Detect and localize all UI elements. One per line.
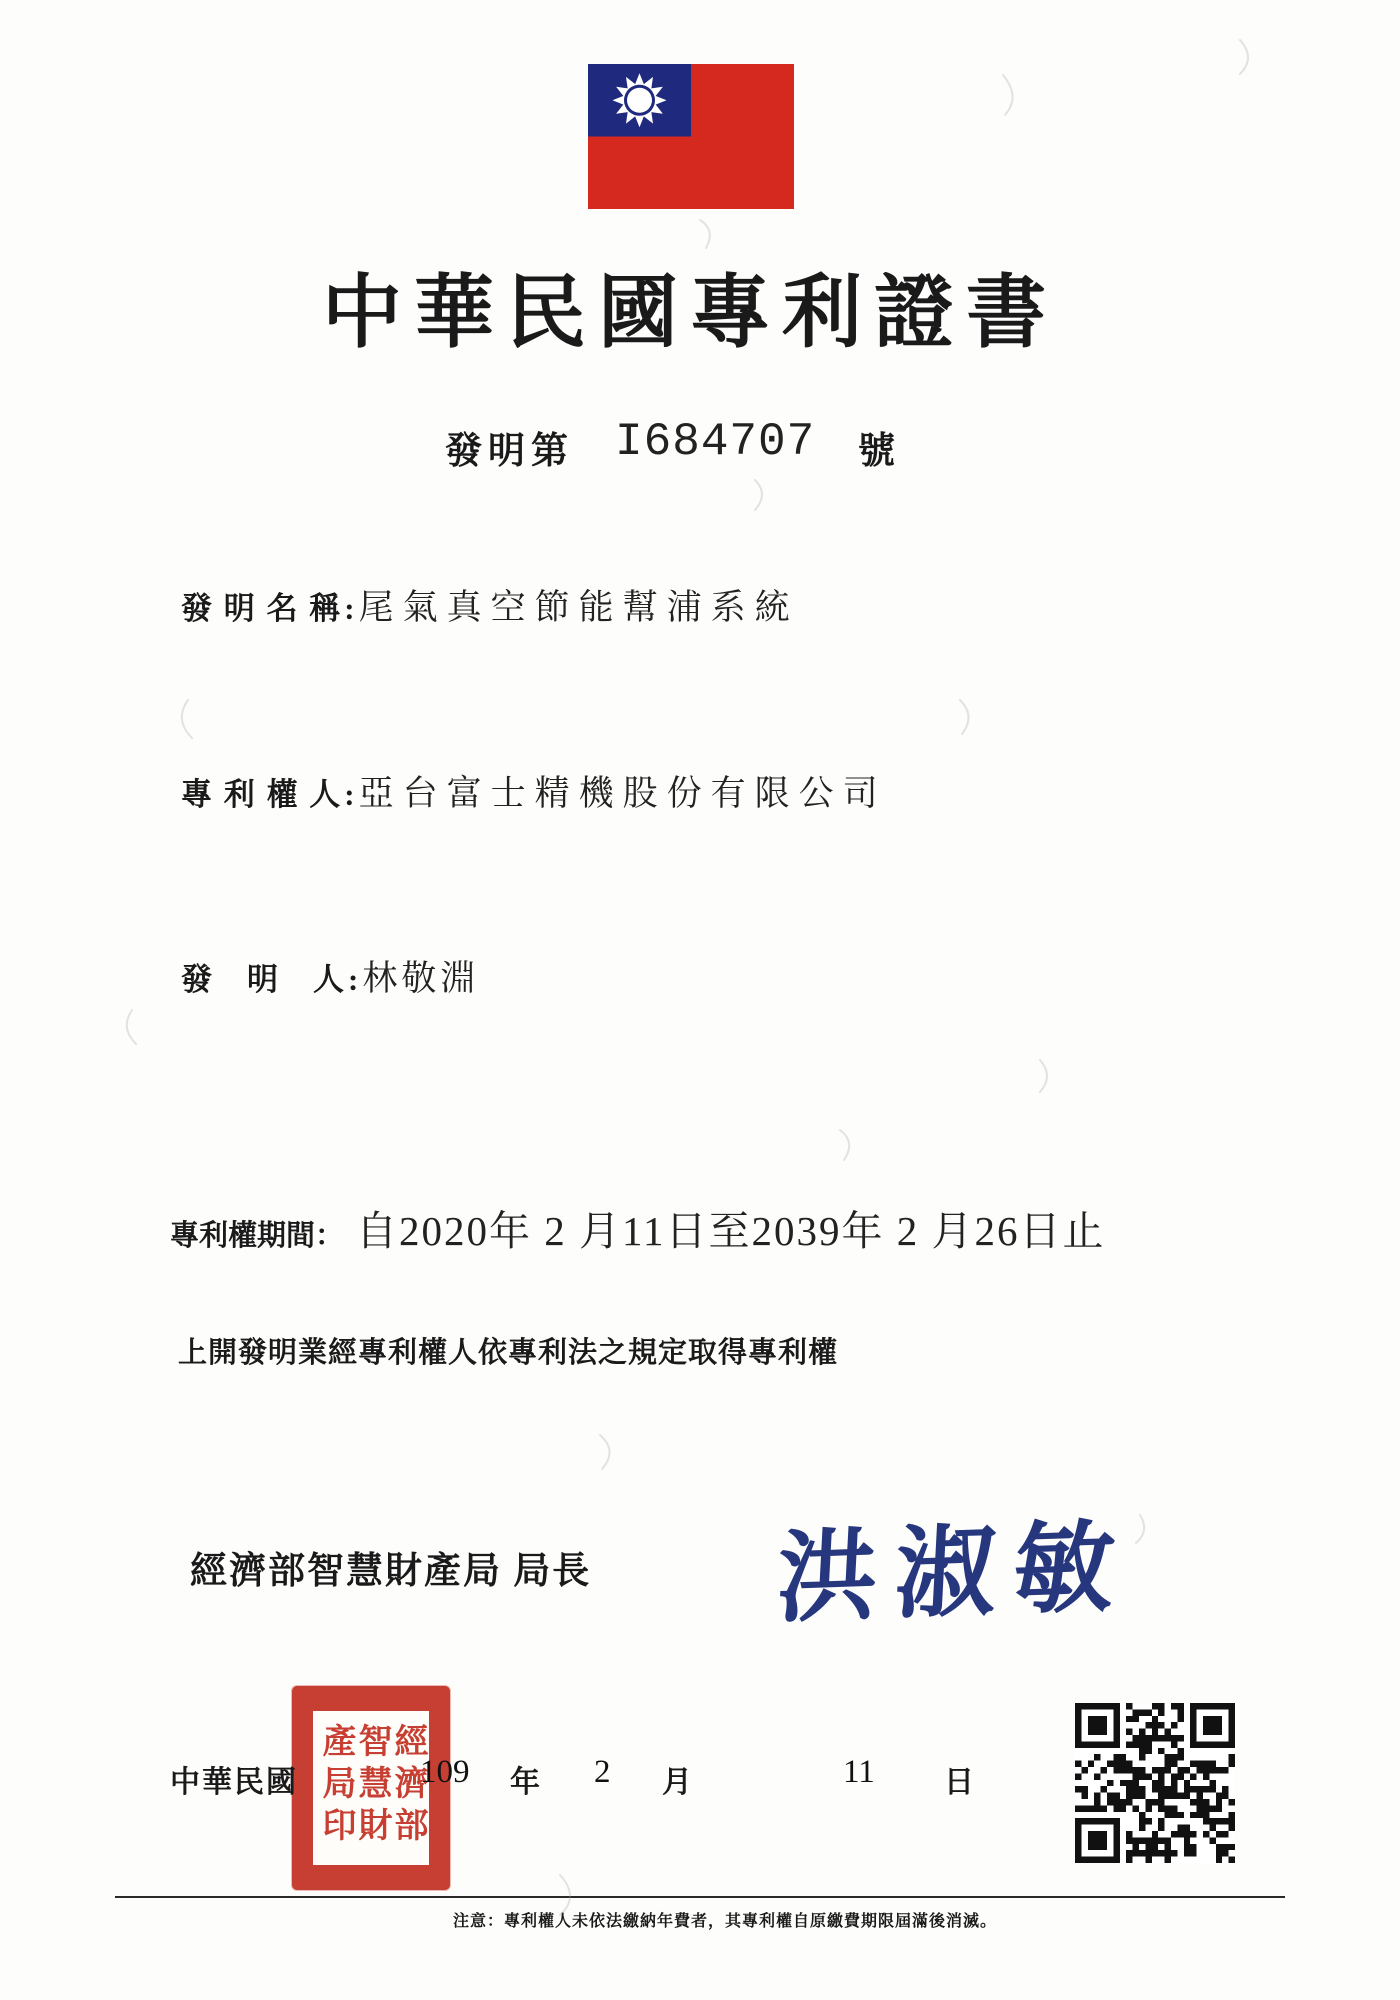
- field-patent-term: 專利權期間： 自2020年 2 月11日至2039年 2 月26日止: [170, 1198, 1106, 1257]
- patent-number-value: I684707: [615, 416, 815, 468]
- certificate-title: 中華民國專利證書: [0, 248, 1390, 363]
- seal-text: 經濟部智慧財產局印: [313, 1711, 429, 1865]
- date-day: 11: [843, 1754, 875, 1791]
- field-inventor: 發 明 人: 林敬淵: [181, 951, 479, 1001]
- certificate-page: 中華民國專利證書 發明第 I684707 號 發 明 名 稱: 尾氣真空節能幫浦…: [0, 0, 1400, 2000]
- patentee-value: 亞台富士精機股份有限公司: [359, 766, 887, 816]
- patent-term-label: 專利權期間：: [170, 1213, 344, 1254]
- field-invention-name: 發 明 名 稱: 尾氣真空節能幫浦系統: [181, 580, 799, 630]
- patentee-label: 專 利 權 人: [181, 769, 342, 814]
- director-general-signature: 洪淑敏: [774, 1486, 1136, 1642]
- patent-number-prefix: 發明第: [445, 420, 574, 474]
- qr-code: [1075, 1703, 1235, 1863]
- invention-name-value: 尾氣真空節能幫浦系統: [359, 580, 799, 630]
- inventor-colon: :: [348, 962, 358, 998]
- date-year-label: 年: [510, 1757, 542, 1801]
- inventor-label: 發 明 人: [181, 954, 346, 999]
- patent-number-line: 發明第 I684707 號: [0, 416, 1400, 466]
- invention-name-label: 發 明 名 稱: [181, 583, 342, 628]
- taiwan-flag: [588, 64, 794, 209]
- date-day-label: 日: [944, 1757, 976, 1801]
- seal-inner-panel: 經濟部智慧財產局印: [313, 1711, 429, 1865]
- patentee-colon: :: [344, 777, 354, 813]
- patent-number-suffix: 號: [858, 420, 895, 474]
- issuer-title: 經濟部智慧財產局 局長: [190, 1540, 591, 1594]
- date-month: 2: [594, 1754, 611, 1791]
- footer-divider: [115, 1896, 1285, 1898]
- footer-note: 注意：專利權人未依法繳納年費者，其專利權自原繳費期限屆滿後消滅。: [25, 1908, 1400, 1931]
- invention-name-colon: :: [344, 591, 354, 627]
- inventor-value: 林敬淵: [362, 951, 479, 1001]
- patent-term-value: 自2020年 2 月11日至2039年 2 月26日止: [356, 1198, 1105, 1257]
- date-era: 中華民國: [170, 1757, 298, 1801]
- date-month-label: 月: [662, 1757, 694, 1801]
- legal-statement: 上開發明業經專利權人依專利法之規定取得專利權: [178, 1330, 838, 1371]
- field-patentee: 專 利 權 人: 亞台富士精機股份有限公司: [181, 766, 887, 816]
- date-year: 109: [420, 1754, 470, 1791]
